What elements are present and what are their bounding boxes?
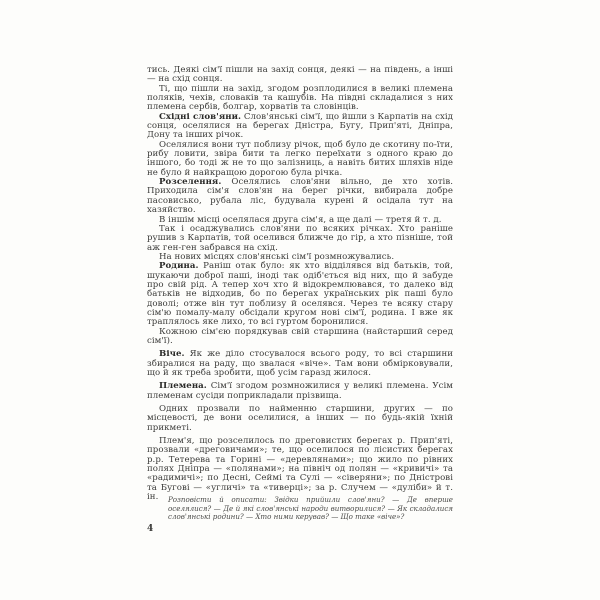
paragraph: Кожною сім'єю порядкував свій старшина (… bbox=[147, 328, 453, 347]
paragraph: Так і осаджувались слов'яни по всяких рі… bbox=[147, 225, 453, 253]
paragraph: Родина. Раніш отак було: як хто відділяв… bbox=[147, 262, 453, 327]
paragraph: Віче. Як же діло стосувалося всього роду… bbox=[147, 350, 453, 378]
paragraph: Оселялися вони тут поблизу річок, щоб бу… bbox=[147, 141, 453, 178]
paragraph-text: Кожною сім'єю порядкував свій старшина (… bbox=[147, 327, 453, 346]
page-number: 4 bbox=[147, 524, 153, 534]
document-page: тись. Деякі сім'ї пішли на захід сонця, … bbox=[0, 0, 600, 600]
paragraph-text: тись. Деякі сім'ї пішли на захід сонця, … bbox=[147, 65, 453, 84]
paragraph: Племена. Сім'ї згодом розмножилися у вел… bbox=[147, 382, 453, 401]
paragraph: Ті, що пішли на захід, згодом розплодили… bbox=[147, 85, 453, 113]
paragraph: Плем'я, що розселилось по дреговистих бе… bbox=[147, 437, 453, 502]
paragraph: Розселення. Оселялись слов'яни вільно, д… bbox=[147, 178, 453, 215]
body-text: тись. Деякі сім'ї пішли на захід сонця, … bbox=[147, 66, 453, 502]
paragraph-text: Оселялися вони тут поблизу річок, щоб бу… bbox=[147, 140, 453, 178]
paragraph-text: Так і осаджувались слов'яни по всяких рі… bbox=[147, 224, 453, 253]
paragraph: тись. Деякі сім'ї пішли на захід сонця, … bbox=[147, 66, 453, 85]
paragraph: Одних прозвали по найменню старшини, дру… bbox=[147, 405, 453, 433]
review-questions: Розповісти й описати: Звідки прийшли сло… bbox=[168, 496, 453, 522]
paragraph-text: Одних прозвали по найменню старшини, дру… bbox=[147, 404, 453, 433]
paragraph-text: Ті, що пішли на захід, згодом розплодили… bbox=[147, 84, 453, 113]
paragraph: Східні слов'яни. Слов'янські сім'ї, що й… bbox=[147, 113, 453, 141]
paragraph-text: Плем'я, що розселилось по дреговистих бе… bbox=[147, 436, 453, 502]
paragraph-text: Як же діло стосувалося всього роду, то в… bbox=[147, 349, 453, 378]
paragraph-text: Раніш отак було: як хто відділявся від б… bbox=[147, 261, 453, 327]
